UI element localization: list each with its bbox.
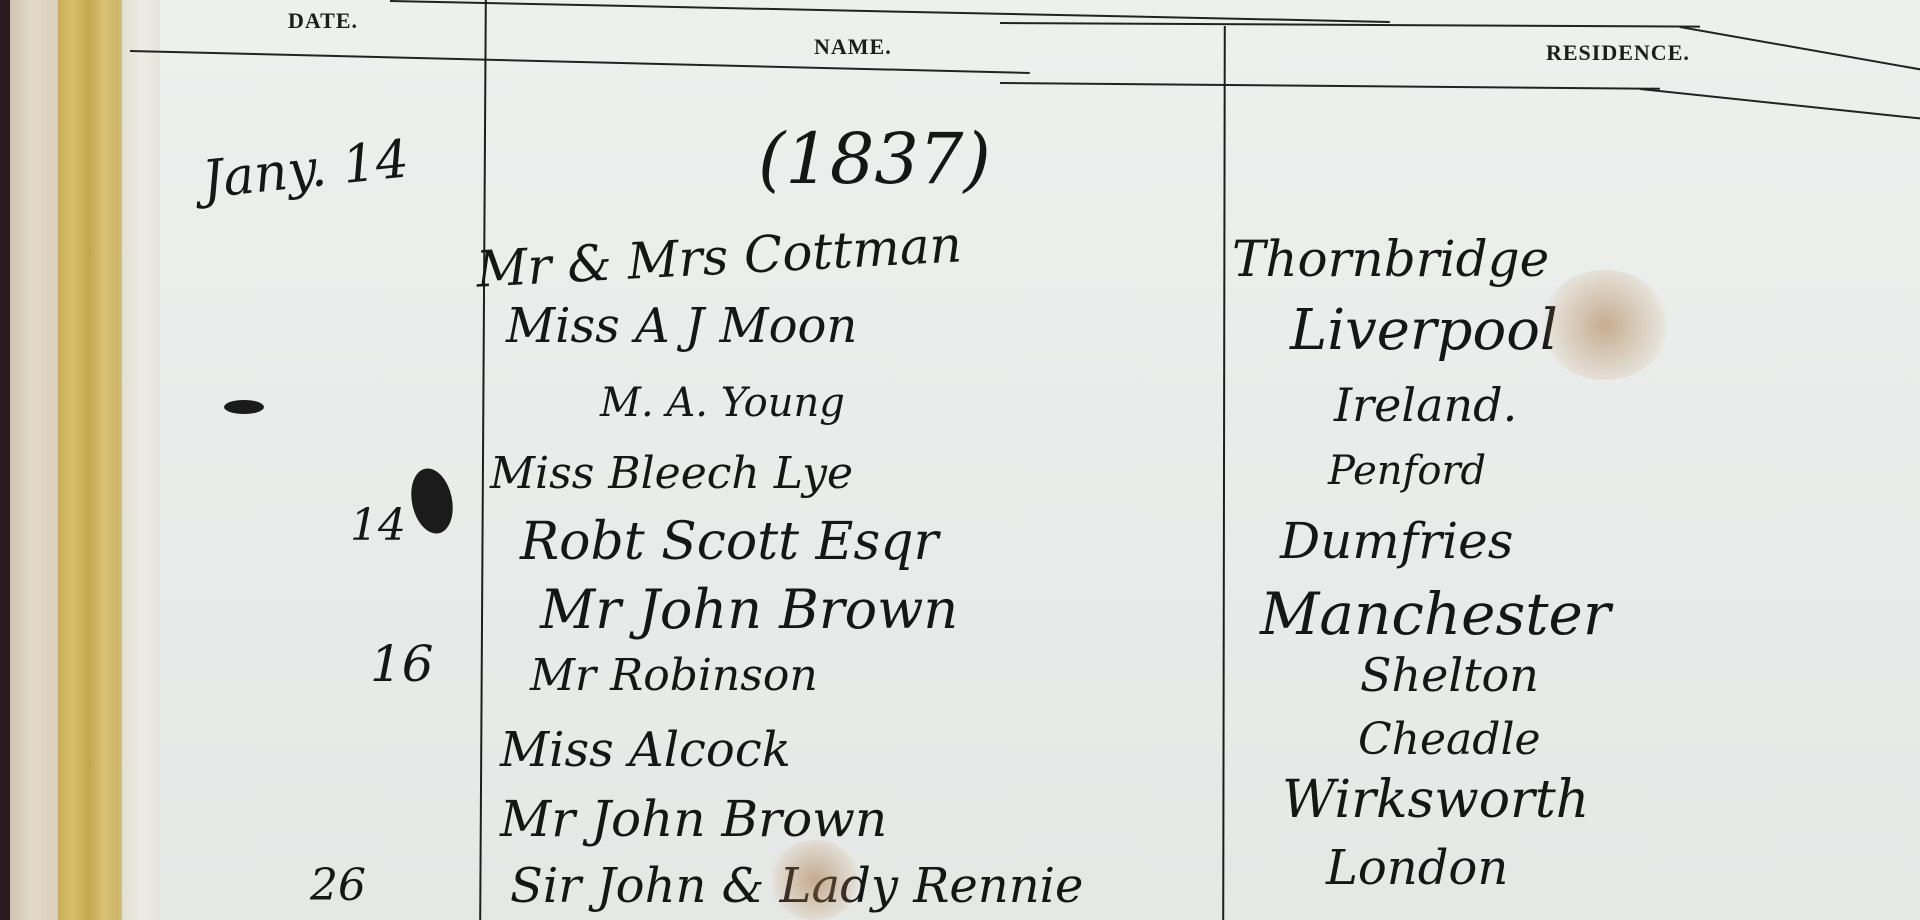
entry-residence: Wirksworth [1282, 770, 1589, 830]
gilt-page-edges [58, 0, 128, 920]
column-header-date: DATE. [288, 8, 358, 34]
brown-stain [770, 840, 860, 920]
book-page-edges [10, 0, 62, 920]
brown-stain [1540, 270, 1670, 380]
entry-date: 14 [350, 500, 406, 551]
entry-name: Miss Alcock [500, 722, 791, 778]
entry-residence: Dumfries [1280, 512, 1513, 570]
entry-residence: Cheadle [1358, 714, 1541, 765]
entry-residence: Ireland. [1334, 378, 1517, 432]
header-top-rule [390, 0, 1390, 23]
entry-residence: Thornbridge [1232, 230, 1549, 288]
register-page: DATE. NAME. RESIDENCE. (1837) Jany. 14 1… [160, 0, 1920, 920]
header-bottom-rule-right [1000, 82, 1660, 90]
entry-name: Miss A J Moon [506, 298, 857, 354]
year-note: (1837) [758, 118, 991, 200]
entry-date: 16 [370, 635, 434, 693]
header-bottom-rule [130, 50, 1030, 74]
entry-name: Robt Scott Esqr [520, 512, 938, 572]
entry-residence: London [1326, 840, 1508, 896]
entry-name: Mr Robinson [530, 650, 818, 701]
ink-blot-small [224, 400, 264, 414]
column-header-residence: RESIDENCE. [1546, 40, 1690, 66]
entry-name: Miss Bleech Lye [490, 448, 853, 499]
entry-residence: Manchester [1260, 580, 1611, 648]
entry-date: Jany. 14 [199, 129, 411, 210]
header-bottom-rule-curve [1640, 88, 1920, 121]
entry-name: Mr John Brown [540, 578, 958, 641]
entry-residence: Penford [1328, 448, 1486, 494]
name-residence-divider [1222, 26, 1226, 920]
entry-name: M. A. Young [600, 380, 845, 426]
page-gutter [122, 0, 163, 920]
header-top-rule-curve [1680, 26, 1920, 73]
entry-name: Mr John Brown [500, 790, 887, 848]
entry-name: Mr & Mrs Cottman [475, 215, 963, 298]
entry-residence: Liverpool [1290, 298, 1558, 363]
date-name-divider [479, 0, 487, 920]
header-top-rule-right [1000, 22, 1700, 28]
ink-blot [406, 465, 459, 538]
entry-residence: Shelton [1360, 648, 1539, 702]
column-header-name: NAME. [814, 34, 892, 60]
entry-date: 26 [310, 860, 366, 911]
